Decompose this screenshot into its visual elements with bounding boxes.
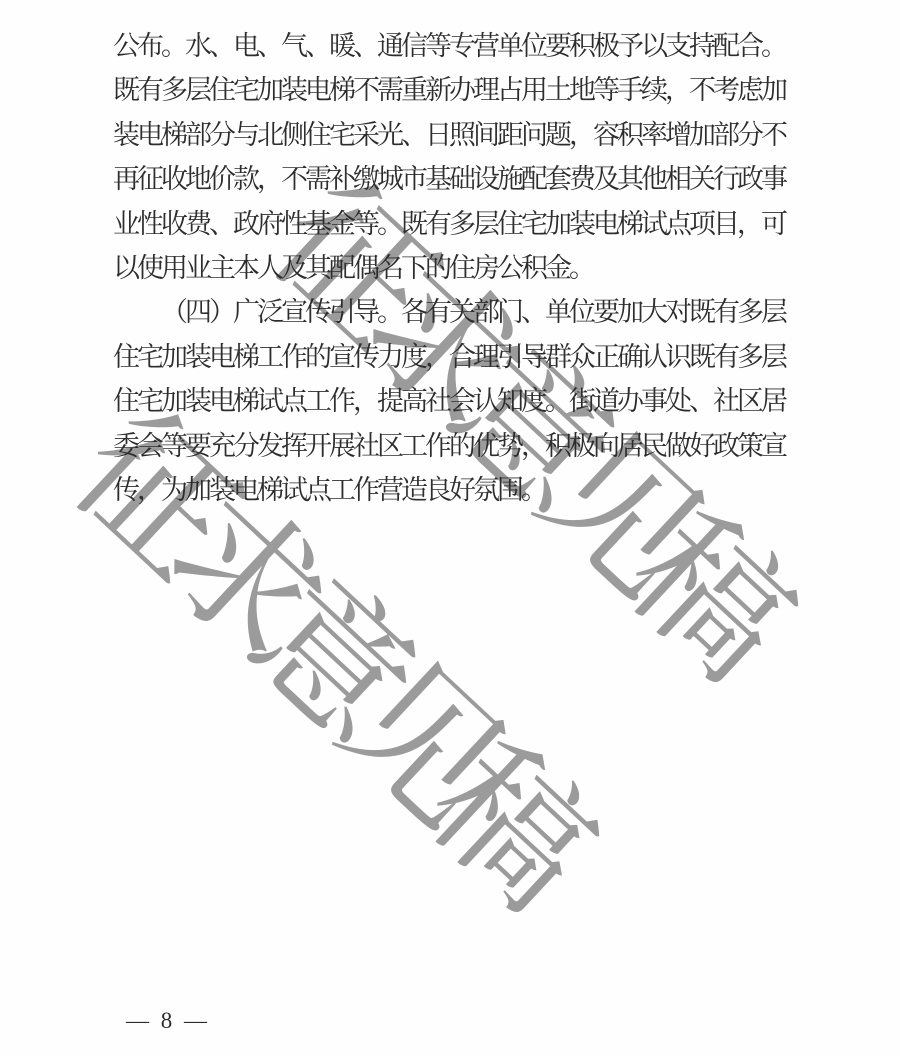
- char-cell: 城: [377, 157, 401, 201]
- char-cell: 电: [137, 113, 161, 157]
- char-cell: 住: [209, 68, 233, 112]
- char-cell: 宣: [281, 290, 305, 334]
- char-cell: 引: [497, 335, 521, 379]
- char-cell: 。: [377, 290, 401, 334]
- char-cell: 极: [593, 24, 617, 68]
- char-cell: （: [161, 290, 185, 334]
- char-cell: 加: [161, 379, 185, 423]
- char-cell: 照: [449, 113, 473, 157]
- text-line: 业性收费、政府性基金等。既有多层住宅加装电梯试点项目，可: [113, 202, 785, 246]
- char-cell: 性: [281, 202, 305, 246]
- char-cell: 性: [137, 202, 161, 246]
- char-cell: 好: [449, 468, 473, 512]
- char-cell: 有: [713, 290, 737, 334]
- char-cell: 的: [305, 335, 329, 379]
- char-cell: 知: [497, 379, 521, 423]
- char-cell: 既: [401, 202, 425, 246]
- char-cell: 虑: [737, 68, 761, 112]
- text-line: 再征收地价款，不需补缴城市基础设施配套费及其他相关行政事: [113, 157, 785, 201]
- char-cell: 问: [521, 113, 545, 157]
- char-cell: 府: [257, 202, 281, 246]
- char-cell: 加: [185, 468, 209, 512]
- char-cell: 设: [473, 157, 497, 201]
- char-cell: 宅: [137, 379, 161, 423]
- text-line: 住宅加装电梯试点工作，提高社会认知度。街道办事处、社区居: [113, 379, 785, 423]
- char-cell: 住: [113, 379, 137, 423]
- char-cell: 作: [353, 468, 377, 512]
- char-cell: 氛: [473, 468, 497, 512]
- char-cell: 造: [401, 468, 425, 512]
- char-cell: 基: [425, 157, 449, 201]
- text-line: 公布。水、电、气、暖、通信等专营单位要积极予以支持配合。: [113, 24, 785, 68]
- char-cell: 基: [305, 202, 329, 246]
- char-cell: [137, 290, 161, 334]
- char-cell: 重: [401, 68, 425, 112]
- char-cell: 大: [641, 290, 665, 334]
- char-cell: 点: [305, 468, 329, 512]
- char-cell: 合: [449, 335, 473, 379]
- char-cell: 居: [617, 424, 641, 468]
- char-cell: 优: [473, 424, 497, 468]
- char-cell: 加: [617, 290, 641, 334]
- char-cell: 门: [497, 290, 521, 334]
- char-cell: 、: [257, 24, 281, 68]
- char-cell: 续: [641, 68, 665, 112]
- char-cell: 率: [641, 113, 665, 157]
- char-cell: 考: [713, 68, 737, 112]
- char-cell: 广: [233, 290, 257, 334]
- char-cell: 配: [521, 157, 545, 201]
- char-cell: 部: [473, 290, 497, 334]
- char-cell: 等: [161, 424, 185, 468]
- char-cell: 行: [713, 157, 737, 201]
- char-cell: 公: [113, 24, 137, 68]
- char-cell: 装: [569, 202, 593, 246]
- char-cell: 试: [641, 202, 665, 246]
- char-cell: 势: [497, 424, 521, 468]
- char-cell: 多: [737, 335, 761, 379]
- char-cell: 间: [473, 113, 497, 157]
- char-cell: 电: [209, 379, 233, 423]
- char-cell: 多: [449, 202, 473, 246]
- char-cell: 有: [425, 290, 449, 334]
- char-cell: 会: [137, 424, 161, 468]
- char-cell: 电: [233, 468, 257, 512]
- char-cell: 四: [185, 290, 209, 334]
- char-cell: 积: [545, 424, 569, 468]
- char-cell: ，: [569, 113, 593, 157]
- char-cell: 居: [761, 379, 785, 423]
- char-cell: 础: [449, 157, 473, 201]
- char-cell: ，: [737, 202, 761, 246]
- char-cell: 、: [353, 24, 377, 68]
- char-cell: 营: [473, 24, 497, 68]
- char-cell: 收: [161, 157, 185, 201]
- char-cell: 加: [161, 335, 185, 379]
- text-line: 以使用业主本人及其配偶名下的住房公积金。: [113, 246, 785, 290]
- char-cell: 侧: [281, 113, 305, 157]
- char-cell: 点: [281, 379, 305, 423]
- char-cell: 社: [353, 424, 377, 468]
- char-cell: 通: [377, 24, 401, 68]
- char-cell: 会: [449, 379, 473, 423]
- char-cell: 宅: [329, 113, 353, 157]
- char-cell: 使: [137, 246, 161, 290]
- char-cell: 采: [353, 113, 377, 157]
- char-cell: 不: [281, 157, 305, 201]
- char-cell: 梯: [329, 68, 353, 112]
- char-cell: 工: [329, 468, 353, 512]
- char-cell: [113, 290, 137, 334]
- char-cell: 好: [689, 424, 713, 468]
- char-cell: 梯: [257, 468, 281, 512]
- char-cell: 以: [641, 24, 665, 68]
- char-cell: 。: [161, 24, 185, 68]
- char-cell: 题: [545, 113, 569, 157]
- char-cell: 认: [641, 335, 665, 379]
- char-cell: 以: [113, 246, 137, 290]
- char-cell: 关: [689, 157, 713, 201]
- char-cell: 、: [209, 24, 233, 68]
- char-cell: 。: [569, 246, 593, 290]
- char-cell: 关: [449, 290, 473, 334]
- char-cell: 北: [257, 113, 281, 157]
- char-cell: 社: [713, 379, 737, 423]
- char-cell: 分: [209, 113, 233, 157]
- char-cell: ）: [209, 290, 233, 334]
- char-cell: 层: [185, 68, 209, 112]
- char-cell: 层: [761, 335, 785, 379]
- char-cell: 位: [521, 24, 545, 68]
- char-cell: 装: [185, 335, 209, 379]
- char-cell: 等: [593, 68, 617, 112]
- char-cell: 处: [665, 379, 689, 423]
- char-cell: 款: [233, 157, 257, 201]
- char-cell: 街: [569, 379, 593, 423]
- char-cell: 补: [329, 157, 353, 201]
- char-cell: 气: [281, 24, 305, 68]
- char-cell: ，: [353, 379, 377, 423]
- char-cell: 向: [593, 424, 617, 468]
- char-cell: 传: [113, 468, 137, 512]
- char-cell: 住: [497, 202, 521, 246]
- paragraph: 公布。水、电、气、暖、通信等专营单位要积极予以支持配合。既有多层住宅加装电梯不需…: [113, 24, 785, 290]
- char-cell: 价: [209, 157, 233, 201]
- char-cell: 既: [689, 290, 713, 334]
- char-cell: 与: [233, 113, 257, 157]
- char-cell: 装: [185, 379, 209, 423]
- text-line: 传，为加装电梯试点工作营造良好氛围。: [113, 468, 785, 512]
- char-cell: 发: [257, 424, 281, 468]
- char-cell: 本: [233, 246, 257, 290]
- char-cell: 理: [473, 335, 497, 379]
- char-cell: 金: [329, 202, 353, 246]
- char-cell: 既: [113, 68, 137, 112]
- char-cell: ，: [425, 335, 449, 379]
- char-cell: 区: [377, 424, 401, 468]
- char-cell: 占: [497, 68, 521, 112]
- char-cell: 作: [425, 424, 449, 468]
- char-cell: 挥: [281, 424, 305, 468]
- char-cell: 要: [545, 24, 569, 68]
- char-cell: 各: [401, 290, 425, 334]
- char-cell: 度: [521, 379, 545, 423]
- char-cell: 既: [689, 335, 713, 379]
- char-cell: 暖: [329, 24, 353, 68]
- char-cell: 试: [257, 379, 281, 423]
- char-cell: 信: [401, 24, 425, 68]
- char-cell: 有: [425, 202, 449, 246]
- char-cell: 积: [521, 246, 545, 290]
- char-cell: 名: [377, 246, 401, 290]
- char-cell: 予: [617, 24, 641, 68]
- char-cell: 人: [257, 246, 281, 290]
- char-cell: 理: [473, 68, 497, 112]
- char-cell: 。: [761, 24, 785, 68]
- char-cell: 要: [185, 424, 209, 468]
- char-cell: 等: [425, 24, 449, 68]
- char-cell: 日: [425, 113, 449, 157]
- char-cell: 合: [737, 24, 761, 68]
- char-cell: 展: [329, 424, 353, 468]
- char-cell: 做: [665, 424, 689, 468]
- char-cell: 偶: [353, 246, 377, 290]
- char-cell: 度: [401, 335, 425, 379]
- char-cell: 区: [737, 379, 761, 423]
- char-cell: 办: [449, 68, 473, 112]
- char-cell: 容: [593, 113, 617, 157]
- paragraph: （四）广泛宣传引导。各有关部门、单位要加大对既有多层住宅加装电梯工作的宣传力度，…: [113, 290, 785, 512]
- char-cell: 民: [641, 424, 665, 468]
- char-cell: 识: [665, 335, 689, 379]
- char-cell: 极: [569, 424, 593, 468]
- char-cell: 业: [185, 246, 209, 290]
- char-cell: 梯: [161, 113, 185, 157]
- char-cell: 部: [713, 113, 737, 157]
- char-cell: 配: [329, 246, 353, 290]
- char-cell: 积: [569, 24, 593, 68]
- text-line: 委会等要充分发挥开展社区工作的优势，积极向居民做好政策宣: [113, 424, 785, 468]
- char-cell: 住: [113, 335, 137, 379]
- char-cell: 专: [449, 24, 473, 68]
- char-cell: 相: [665, 157, 689, 201]
- char-cell: 配: [713, 24, 737, 68]
- char-cell: 套: [545, 157, 569, 201]
- char-cell: 引: [329, 290, 353, 334]
- char-cell: 多: [737, 290, 761, 334]
- char-cell: 作: [329, 379, 353, 423]
- char-cell: 住: [305, 113, 329, 157]
- char-cell: 多: [161, 68, 185, 112]
- char-cell: 需: [377, 68, 401, 112]
- char-cell: 充: [209, 424, 233, 468]
- char-cell: 缴: [353, 157, 377, 201]
- char-cell: 主: [209, 246, 233, 290]
- document-body: 公布。水、电、气、暖、通信等专营单位要积极予以支持配合。既有多层住宅加装电梯不需…: [113, 24, 785, 512]
- char-cell: 布: [137, 24, 161, 68]
- text-line: （四）广泛宣传引导。各有关部门、单位要加大对既有多层: [113, 290, 785, 334]
- char-cell: 加: [257, 68, 281, 112]
- char-cell: 费: [185, 202, 209, 246]
- char-cell: 提: [377, 379, 401, 423]
- char-cell: 政: [233, 202, 257, 246]
- char-cell: 装: [113, 113, 137, 157]
- char-cell: 、: [209, 202, 233, 246]
- char-cell: 公: [497, 246, 521, 290]
- char-cell: 众: [569, 335, 593, 379]
- char-cell: 不: [353, 68, 377, 112]
- char-cell: 光: [377, 113, 401, 157]
- char-cell: 单: [497, 24, 521, 68]
- char-cell: 加: [689, 113, 713, 157]
- char-cell: 及: [593, 157, 617, 201]
- char-cell: 水: [185, 24, 209, 68]
- char-cell: 工: [305, 379, 329, 423]
- char-cell: ，: [257, 157, 281, 201]
- char-cell: 地: [569, 68, 593, 112]
- char-cell: 再: [113, 157, 137, 201]
- char-cell: 电: [305, 68, 329, 112]
- char-cell: 点: [665, 202, 689, 246]
- char-cell: 层: [761, 290, 785, 334]
- char-cell: 宣: [329, 335, 353, 379]
- char-cell: 业: [113, 202, 137, 246]
- char-cell: 传: [305, 290, 329, 334]
- char-cell: 、: [305, 24, 329, 68]
- char-cell: 目: [713, 202, 737, 246]
- char-cell: 加: [545, 202, 569, 246]
- text-line: 装电梯部分与北侧住宅采光、日照间距问题，容积率增加部分不: [113, 113, 785, 157]
- char-cell: 电: [209, 335, 233, 379]
- char-cell: 对: [665, 290, 689, 334]
- char-cell: 征: [137, 157, 161, 201]
- char-cell: 用: [521, 68, 545, 112]
- char-cell: 用: [161, 246, 185, 290]
- char-cell: 作: [281, 335, 305, 379]
- char-cell: 委: [113, 424, 137, 468]
- char-cell: 积: [617, 113, 641, 157]
- char-cell: 持: [689, 24, 713, 68]
- char-cell: 泛: [257, 290, 281, 334]
- char-cell: 有: [137, 68, 161, 112]
- char-cell: 要: [593, 290, 617, 334]
- char-cell: 宅: [137, 335, 161, 379]
- char-cell: 、: [401, 113, 425, 157]
- char-cell: 为: [161, 468, 185, 512]
- char-cell: 市: [401, 157, 425, 201]
- char-cell: 有: [713, 335, 737, 379]
- char-cell: 距: [497, 113, 521, 157]
- char-cell: 及: [281, 246, 305, 290]
- char-cell: 力: [377, 335, 401, 379]
- char-cell: 。: [377, 202, 401, 246]
- char-cell: 新: [425, 68, 449, 112]
- char-cell: 群: [545, 335, 569, 379]
- char-cell: 手: [617, 68, 641, 112]
- char-cell: 事: [761, 157, 785, 201]
- text-line: 既有多层住宅加装电梯不需重新办理占用土地等手续，不考虑加: [113, 68, 785, 112]
- char-cell: 层: [473, 202, 497, 246]
- char-cell: 、: [689, 379, 713, 423]
- char-cell: 梯: [617, 202, 641, 246]
- char-cell: 梯: [233, 335, 257, 379]
- char-cell: 导: [521, 335, 545, 379]
- char-cell: 工: [401, 424, 425, 468]
- document-page: 征求意见稿征求意见稿 公布。水、电、气、暖、通信等专营单位要积极予以支持配合。既…: [0, 0, 900, 1056]
- char-cell: 施: [497, 157, 521, 201]
- char-cell: 开: [305, 424, 329, 468]
- char-cell: 。: [545, 379, 569, 423]
- char-cell: 宅: [521, 202, 545, 246]
- char-cell: 。: [521, 468, 545, 512]
- char-cell: 营: [377, 468, 401, 512]
- text-line: 住宅加装电梯工作的宣传力度，合理引导群众正确认识既有多层: [113, 335, 785, 379]
- page-number: — 8 —: [126, 1008, 210, 1034]
- char-cell: 不: [761, 113, 785, 157]
- char-cell: 分: [737, 113, 761, 157]
- char-cell: 需: [305, 157, 329, 201]
- char-cell: 宅: [233, 68, 257, 112]
- char-cell: 他: [641, 157, 665, 201]
- char-cell: 不: [689, 68, 713, 112]
- char-cell: 事: [641, 379, 665, 423]
- char-cell: 住: [449, 246, 473, 290]
- char-cell: 政: [713, 424, 737, 468]
- char-cell: 认: [473, 379, 497, 423]
- char-cell: 项: [689, 202, 713, 246]
- char-cell: 装: [281, 68, 305, 112]
- char-cell: 宣: [761, 424, 785, 468]
- char-cell: 正: [593, 335, 617, 379]
- char-cell: 下: [401, 246, 425, 290]
- char-cell: 策: [737, 424, 761, 468]
- char-cell: 增: [665, 113, 689, 157]
- char-cell: 等: [353, 202, 377, 246]
- char-cell: 的: [449, 424, 473, 468]
- char-cell: 装: [209, 468, 233, 512]
- char-cell: 单: [545, 290, 569, 334]
- char-cell: 道: [593, 379, 617, 423]
- char-cell: 加: [761, 68, 785, 112]
- char-cell: 传: [353, 335, 377, 379]
- char-cell: 位: [569, 290, 593, 334]
- char-cell: 可: [761, 202, 785, 246]
- char-cell: 的: [425, 246, 449, 290]
- char-cell: 部: [185, 113, 209, 157]
- char-cell: 其: [617, 157, 641, 201]
- char-cell: 其: [305, 246, 329, 290]
- char-cell: ，: [521, 424, 545, 468]
- char-cell: 土: [545, 68, 569, 112]
- char-cell: ，: [137, 468, 161, 512]
- char-cell: 费: [569, 157, 593, 201]
- char-cell: 梯: [233, 379, 257, 423]
- char-cell: 围: [497, 468, 521, 512]
- char-cell: 工: [257, 335, 281, 379]
- char-cell: ，: [665, 68, 689, 112]
- char-cell: 高: [401, 379, 425, 423]
- char-cell: 试: [281, 468, 305, 512]
- char-cell: 导: [353, 290, 377, 334]
- char-cell: 收: [161, 202, 185, 246]
- char-cell: 电: [233, 24, 257, 68]
- char-cell: 分: [233, 424, 257, 468]
- char-cell: 房: [473, 246, 497, 290]
- char-cell: 良: [425, 468, 449, 512]
- char-cell: 支: [665, 24, 689, 68]
- char-cell: 办: [617, 379, 641, 423]
- char-cell: 金: [545, 246, 569, 290]
